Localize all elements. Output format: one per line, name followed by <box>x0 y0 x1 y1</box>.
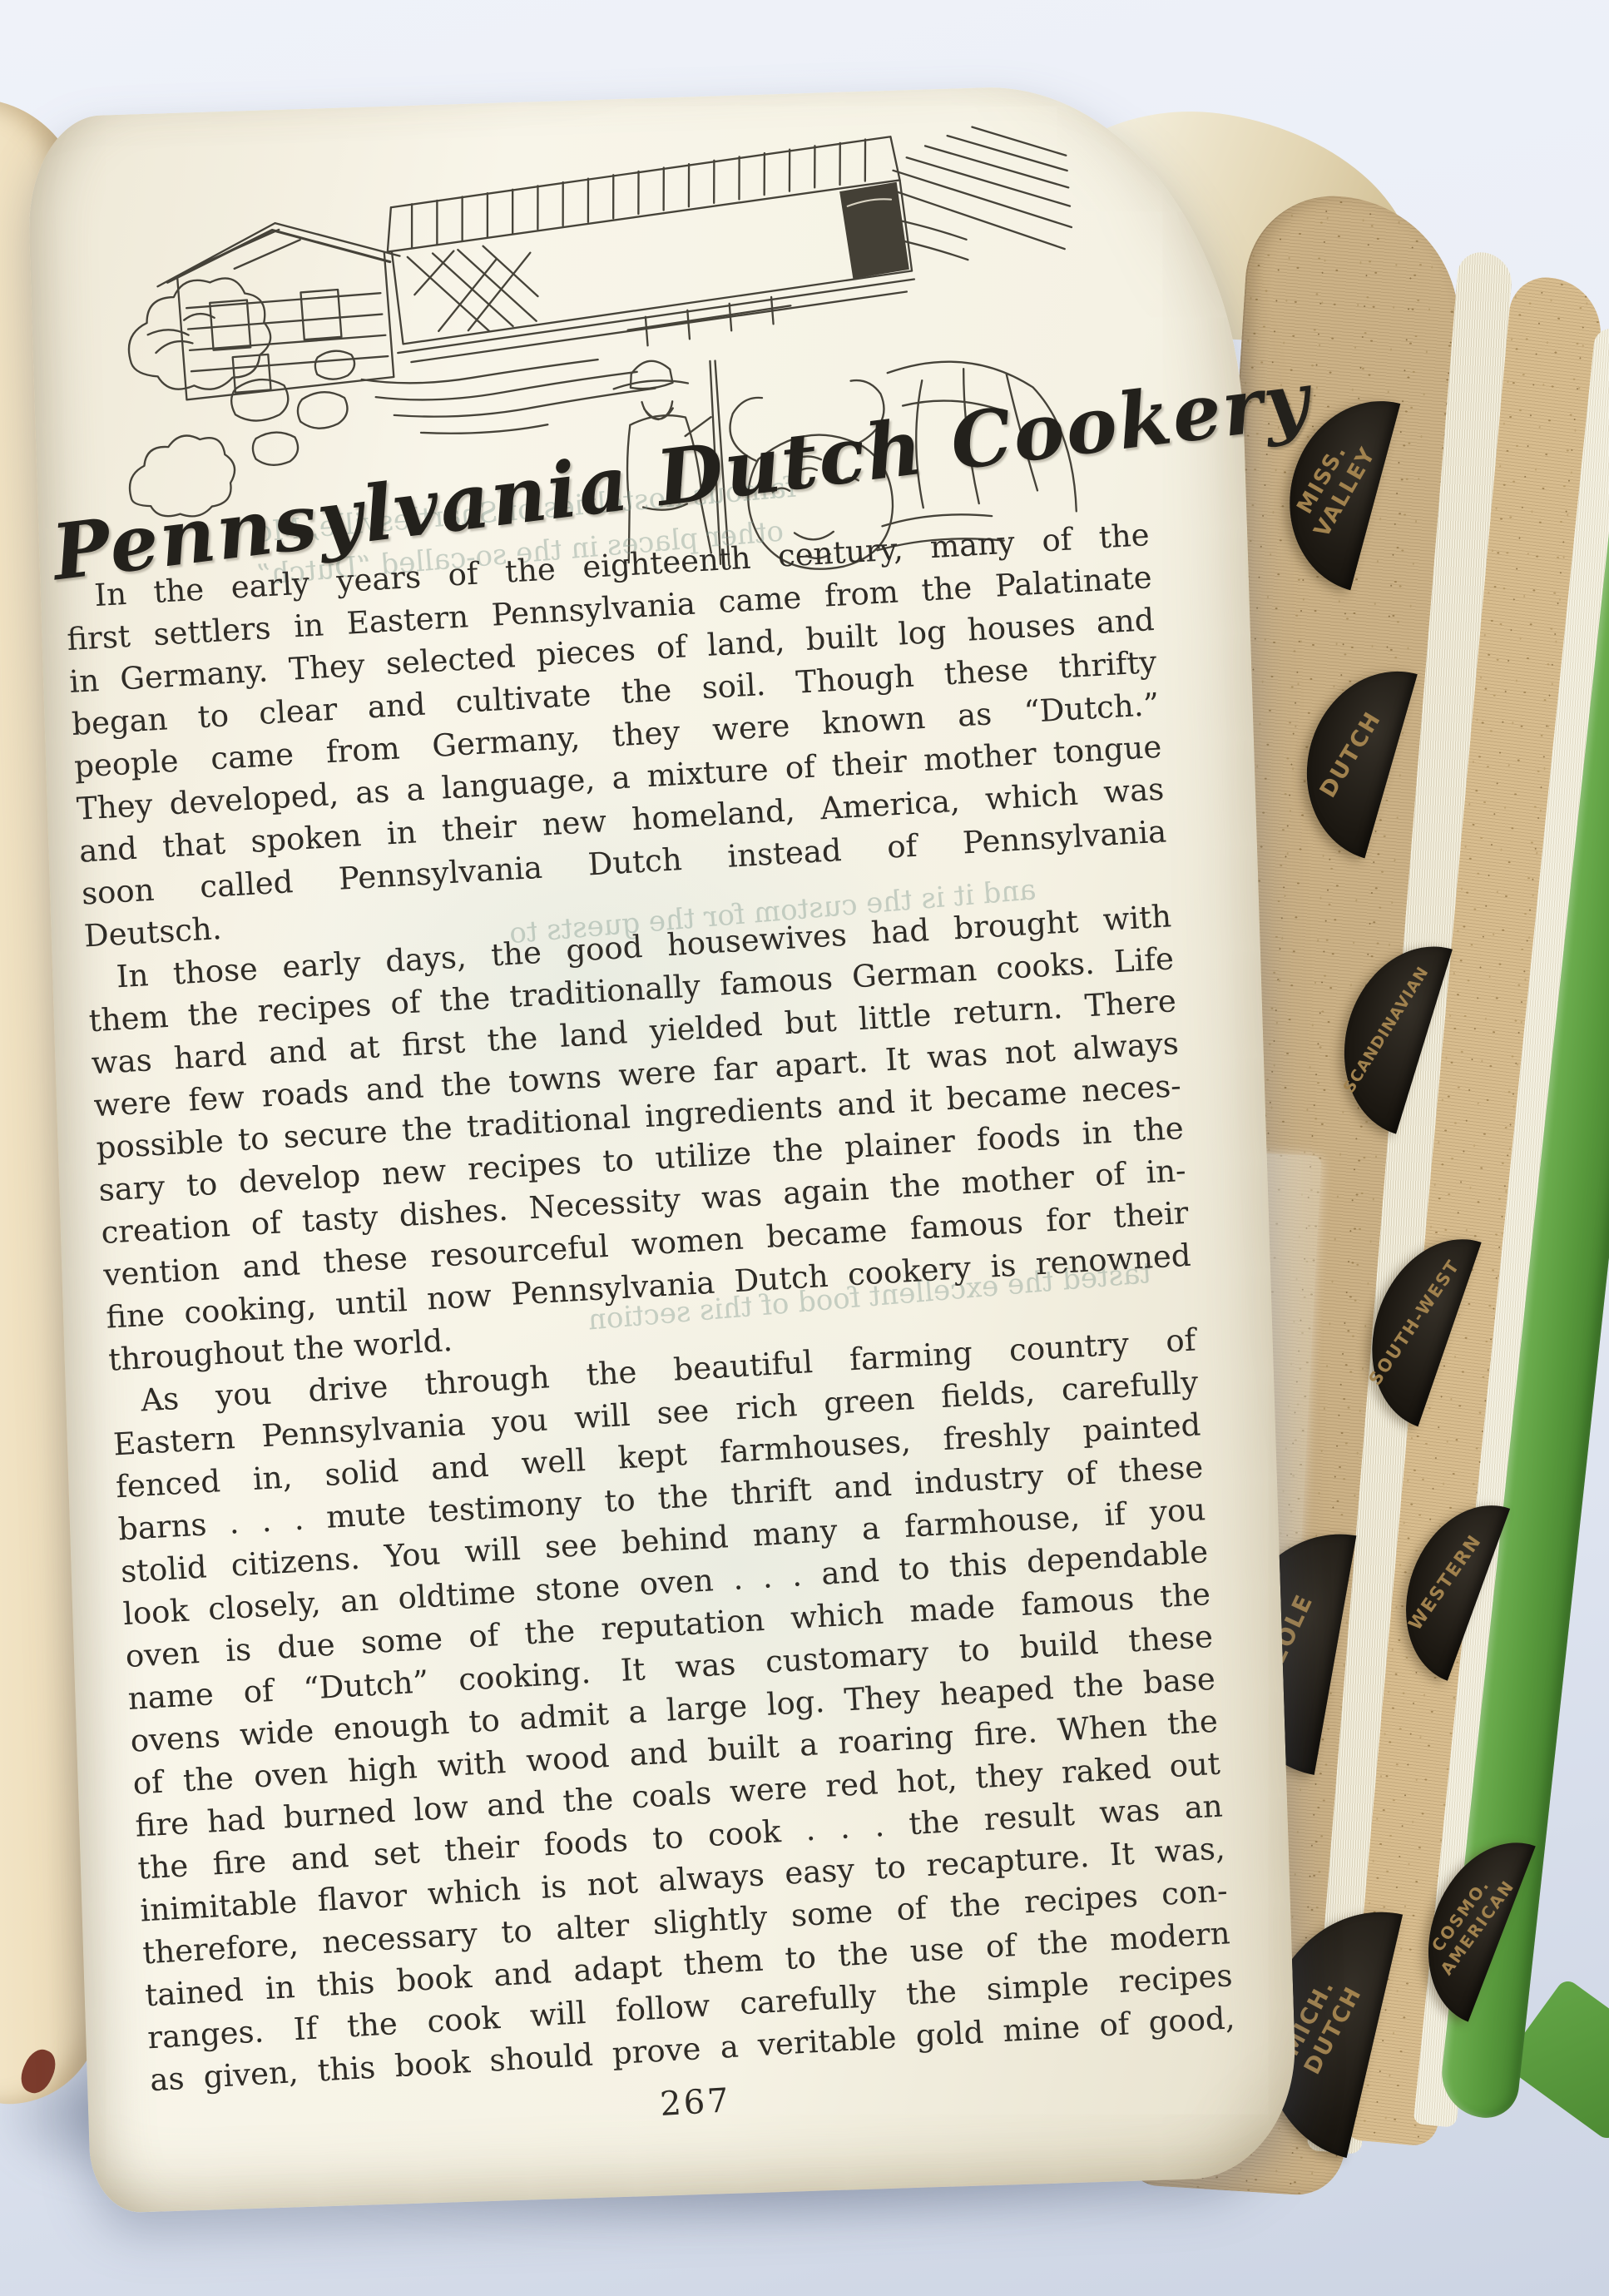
tab-text: DUTCH <box>1315 707 1387 803</box>
tab-text: WESTERN <box>1405 1531 1487 1635</box>
tab-text: SOUTH-WEST <box>1365 1256 1464 1389</box>
body-text: In the early years of the eighteenth cen… <box>63 513 1239 2153</box>
book-page: famous hostelries of Shartlesville, Mo o… <box>26 80 1299 2214</box>
tab-text: SCANDINAVIAN <box>1340 964 1433 1097</box>
paragraph: In the early years of the eighteenth cen… <box>63 513 1170 957</box>
book-photo: MISS. VALLEY DUTCH SCANDINAVIAN SOUTH-WE… <box>0 0 1609 2296</box>
paragraph: As you drive through the beautiful farmi… <box>110 1318 1236 2101</box>
paragraph: In those early days, the good housewives… <box>86 895 1195 1381</box>
